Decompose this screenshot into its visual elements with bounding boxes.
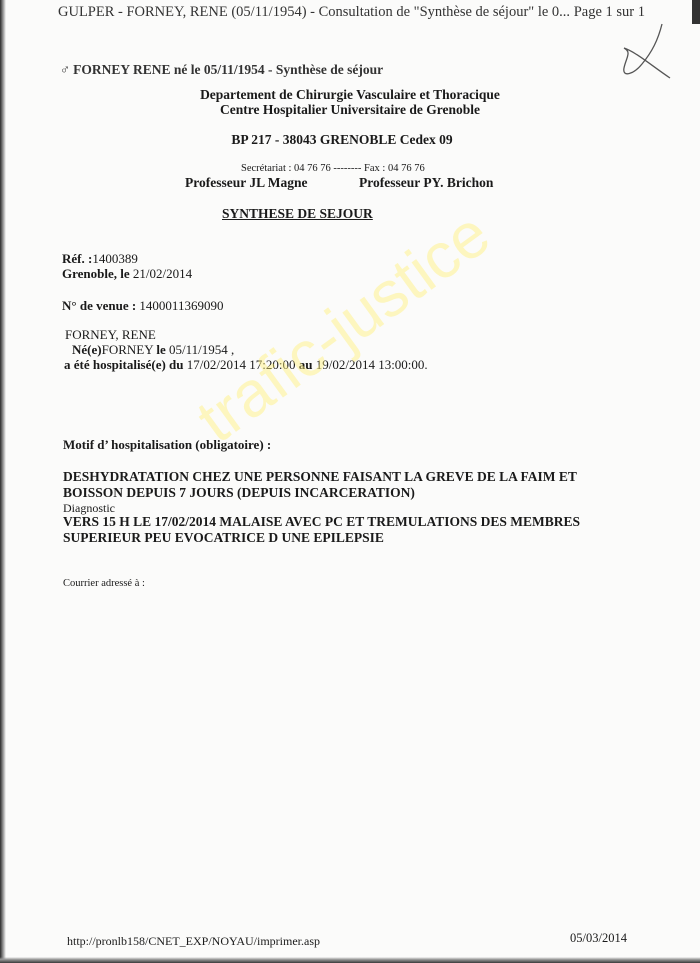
print-header-title: GULPER - FORNEY, RENE (05/11/1954) - Con… — [58, 4, 570, 20]
male-symbol-icon: ♂ — [60, 62, 70, 77]
venue-label: N° de venue : — [62, 298, 136, 313]
venue-number: 1400011369090 — [139, 298, 223, 313]
born-name: FORNEY — [102, 342, 154, 357]
contact-line: Secrétariat : 04 76 76 -------- Fax : 04… — [241, 163, 425, 174]
document-date: 21/02/2014 — [133, 266, 192, 281]
scan-edge — [692, 0, 700, 24]
professor-1: Professeur JL Magne — [185, 175, 308, 191]
hospitalization-line: a été hospitalisé(e) du 17/02/2014 17:20… — [64, 357, 428, 373]
born-le: le — [156, 342, 165, 357]
hosp-to: 19/02/2014 13:00:00. — [316, 357, 428, 372]
reference-value: 1400389 — [92, 251, 138, 266]
footer-date: 05/03/2014 — [570, 931, 627, 946]
footer-url: http://pronlb158/CNET_EXP/NOYAU/imprimer… — [67, 934, 320, 949]
patient-summary-text: FORNEY RENE né le 05/11/1954 - Synthèse … — [73, 62, 383, 77]
patient-name: FORNEY, RENE — [65, 327, 156, 343]
handwritten-mark-icon — [612, 22, 682, 86]
hosp-label: a été hospitalisé(e) du — [64, 357, 184, 372]
venue-line: N° de venue : 1400011369090 — [62, 298, 223, 314]
professor-2: Professeur PY. Brichon — [359, 175, 493, 191]
print-header-page: Page 1 sur 1 — [574, 4, 645, 20]
birth-date: 05/11/1954 , — [169, 342, 234, 357]
document-title: SYNTHESE DE SEJOUR — [222, 206, 373, 222]
reason-line-2: BOISSON DEPUIS 7 JOURS (DEPUIS INCARCERA… — [63, 485, 415, 501]
scan-edge — [0, 957, 700, 963]
watermark: trafic-justice — [183, 196, 503, 457]
place-label: Grenoble, le — [62, 266, 130, 281]
place-date-line: Grenoble, le 21/02/2014 — [62, 266, 192, 282]
reference-label: Réf. : — [62, 251, 92, 266]
department-name: Departement de Chirurgie Vasculaire et T… — [0, 87, 700, 103]
diagnostic-line-2: SUPERIEUR PEU EVOCATRICE D UNE EPILEPSIE — [63, 530, 384, 546]
born-label: Né(e) — [72, 342, 102, 357]
motif-label: Motif d’ hospitalisation (obligatoire) : — [63, 437, 271, 453]
hospital-name: Centre Hospitalier Universitaire de Gren… — [0, 102, 700, 118]
hosp-au: au — [299, 357, 313, 372]
hosp-from: 17/02/2014 17:20:00 — [187, 357, 296, 372]
reason-line-1: DESHYDRATATION CHEZ UNE PERSONNE FAISANT… — [63, 469, 577, 485]
diagnostic-line-1: VERS 15 H LE 17/02/2014 MALAISE AVEC PC … — [63, 514, 580, 530]
print-header: GULPER - FORNEY, RENE (05/11/1954) - Con… — [58, 4, 645, 21]
patient-summary-line: ♂FORNEY RENE né le 05/11/1954 - Synthèse… — [60, 62, 383, 78]
courrier-label: Courrier adressé à : — [63, 578, 145, 589]
birth-line: Né(e)FORNEY le 05/11/1954 , — [72, 342, 234, 358]
reference-line: Réf. :1400389 — [62, 251, 138, 267]
hospital-address: BP 217 - 38043 GRENOBLE Cedex 09 — [0, 132, 684, 148]
